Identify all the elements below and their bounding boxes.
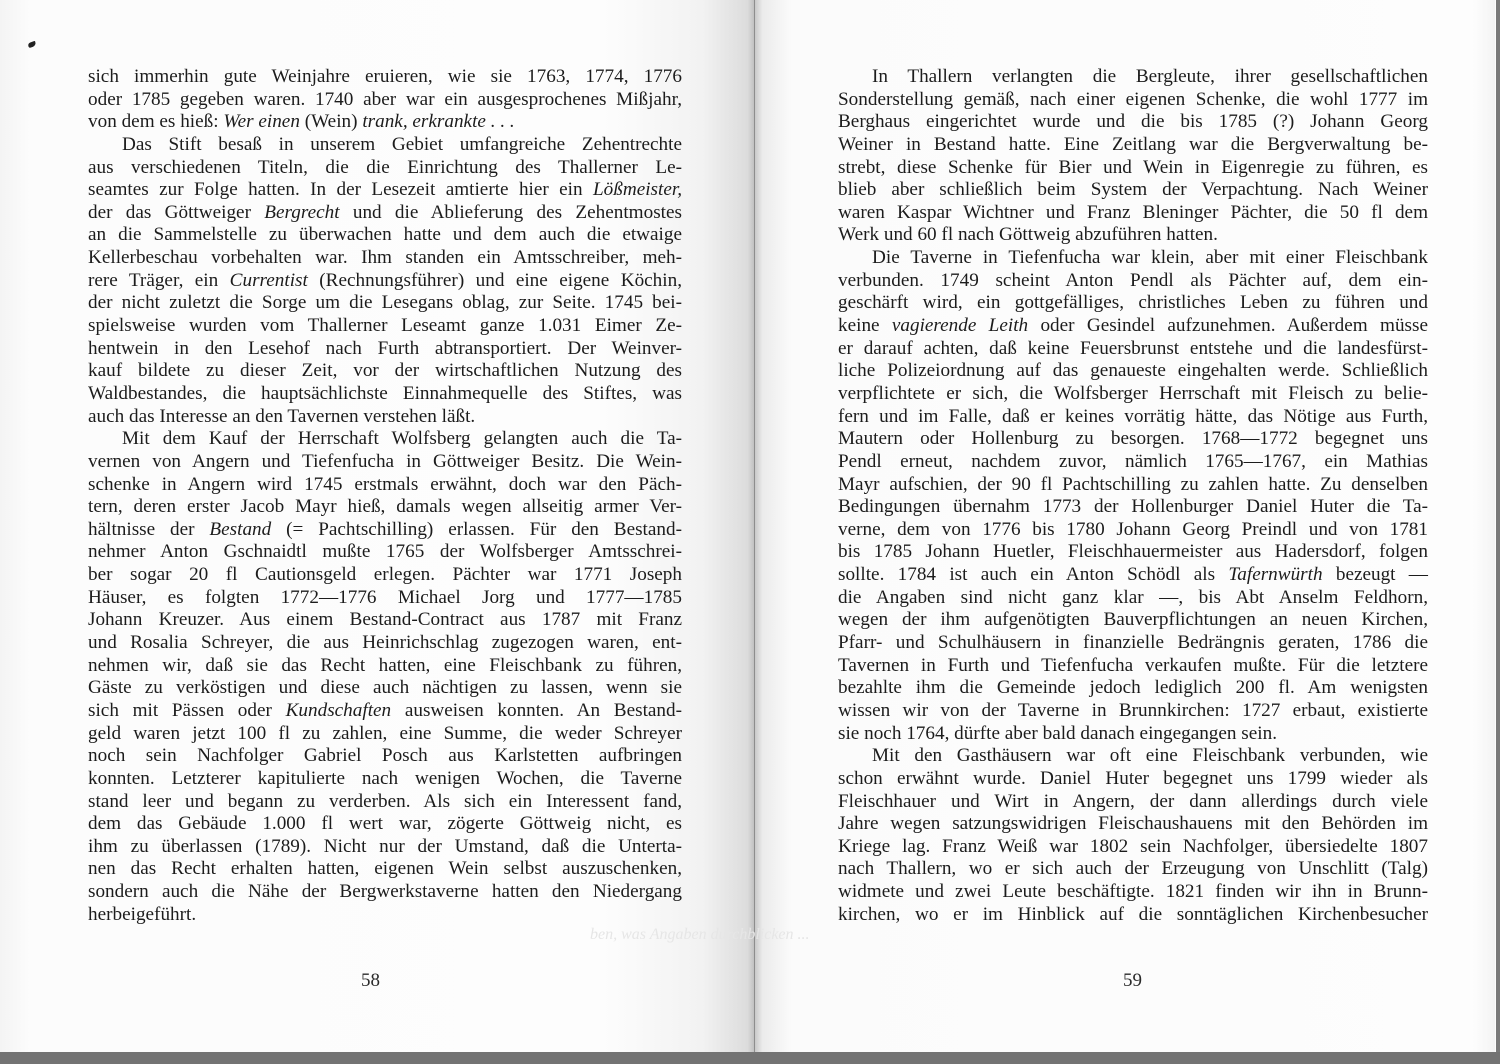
text-line: fern und im Falle, daß er keines vorräti…: [838, 406, 1428, 429]
text-line: Werk und 60 fl nach Göttweig abzuführen …: [838, 224, 1428, 247]
text-line: strebt, diese Schenke für Bier und Wein …: [838, 157, 1428, 180]
italic-term: Wer einen: [223, 111, 300, 132]
text-run: (Rechnungsführer) und eine eigene Köchin…: [308, 270, 682, 291]
text-line: tern, deren erster Jacob Mayr hieß, dama…: [88, 496, 682, 519]
text-run: hältnisse der: [88, 519, 209, 540]
text-run: rere Träger, ein: [88, 270, 230, 291]
text-line: auch das Interesse an den Tavernen verst…: [88, 406, 682, 429]
text-line: geschärft wird, ein gottgefälliges, chri…: [838, 292, 1428, 315]
text-line: konnten. Letzterer kapitulierte nach wen…: [88, 768, 682, 791]
text-line: Sonderstellung gemäß, nach einer eigenen…: [838, 89, 1428, 112]
text-line: Pfarr- und Schulhäusern in finanzielle B…: [838, 632, 1428, 655]
italic-term: trank, erkrankte . . .: [362, 111, 514, 132]
text-line: kauf bildete zu dieser Zeit, vor der wir…: [88, 360, 682, 383]
text-run: (Wein): [300, 111, 362, 132]
scanner-right-edge: [1496, 0, 1500, 1064]
book-spread: sich immerhin gute Weinjahre eruieren, w…: [0, 0, 1500, 1052]
text-line: keine vagierende Leith oder Gesindel auf…: [838, 315, 1428, 338]
text-line: er darauf achten, daß keine Feuersbrunst…: [838, 338, 1428, 361]
text-line: wegen der ihm aufgenötigten Bauverpflich…: [838, 609, 1428, 632]
text-line: und Rosalia Schreyer, die aus Heinrichsc…: [88, 632, 682, 655]
text-line: Tavernen in Furth und Tiefenfucha verkau…: [838, 655, 1428, 678]
text-line: Bedingungen übernahm 1773 der Hollenburg…: [838, 496, 1428, 519]
text-line: sich mit Pässen oder Kundschaften auswei…: [88, 700, 682, 723]
text-line: nach Thallern, wo er sich auch der Erzeu…: [838, 858, 1428, 881]
text-line: bis 1785 Johann Huetler, Fleischhauermei…: [838, 541, 1428, 564]
text-line: Mit dem Kauf der Herrschaft Wolfsberg ge…: [88, 428, 682, 451]
text-line: Kriege lag. Franz Weiß war 1802 sein Nac…: [838, 836, 1428, 859]
text-line: Pendl erneut, nachdem zuvor, nämlich 176…: [838, 451, 1428, 474]
text-run: sich mit Pässen oder: [88, 700, 286, 721]
text-line: noch sein Nachfolger Gabriel Posch aus K…: [88, 745, 682, 768]
text-line: die Angaben sind nicht ganz klar —, bis …: [838, 587, 1428, 610]
text-line: nehmer Anton Gschnaidtl mußte 1765 der W…: [88, 541, 682, 564]
bleed-through-text: ben, was Angaben durchblicken ...: [590, 926, 810, 944]
text-line: verbunden. 1749 scheint Anton Pendl als …: [838, 270, 1428, 293]
book-gutter: [754, 0, 755, 1052]
text-line: rere Träger, ein Currentist (Rechnungsfü…: [88, 270, 682, 293]
text-line: sondern auch die Nähe der Bergwerkstaver…: [88, 881, 682, 904]
text-line: Kellerbeschau vorbehalten war. Ihm stand…: [88, 247, 682, 270]
text-run: keine: [838, 315, 892, 336]
text-line: blieb aber schließlich beim System der V…: [838, 179, 1428, 202]
text-line: Gäste zu verköstigen und diese auch näch…: [88, 677, 682, 700]
text-line: Mayr aufschien, der 90 fl Pachtschilling…: [838, 474, 1428, 497]
italic-term: Bestand: [209, 519, 271, 540]
text-line: dem das Gebäude 1.000 fl wert war, zöger…: [88, 813, 682, 836]
text-line: herbeigeführt.: [88, 904, 682, 927]
text-line: Waldbestandes, die hauptsächlichste Einn…: [88, 383, 682, 406]
text-line: nen das Recht erhalten hatten, eigenen W…: [88, 858, 682, 881]
text-line: Das Stift besaß in unserem Gebiet umfang…: [88, 134, 682, 157]
text-line: kirchen, wo er im Hinblick auf die sonnt…: [838, 904, 1428, 927]
italic-term: vagierende Leith: [892, 315, 1028, 336]
page-number-right: 59: [1123, 970, 1142, 992]
text-line: Die Taverne in Tiefenfucha war klein, ab…: [838, 247, 1428, 270]
text-line: Häuser, es folgten 1772—1776 Michael Jor…: [88, 587, 682, 610]
text-line: wissen wir von der Taverne in Brunnkirch…: [838, 700, 1428, 723]
text-line: ber sogar 20 fl Cautionsgeld erlegen. Pä…: [88, 564, 682, 587]
italic-term: Tafernwürth: [1228, 564, 1322, 585]
text-line: Mit den Gasthäusern war oft eine Fleisch…: [838, 745, 1428, 768]
right-page-body-text: In Thallern verlangten die Bergleute, ih…: [838, 66, 1428, 926]
text-run: oder Gesindel aufzunehmen. Außerdem müss…: [1028, 315, 1428, 336]
text-line: verpflichtete er sich, die Wolfsberger H…: [838, 383, 1428, 406]
text-line: waren Kaspar Wichtner und Franz Bleninge…: [838, 202, 1428, 225]
page-number-left: 58: [361, 970, 380, 992]
text-run: und die Ablieferung des Zehentmostes: [340, 202, 682, 223]
text-run: sollte. 1784 ist auch ein Anton Schödl a…: [838, 564, 1228, 585]
text-line: ihm zu überlassen (1789). Nicht nur der …: [88, 836, 682, 859]
text-line: Weiner in Bestand hatte. Eine Zeitlang w…: [838, 134, 1428, 157]
text-run: seamtes zur Folge hatten. In der Lesezei…: [88, 179, 593, 200]
text-line: schon erwähnt wurde. Daniel Huter begegn…: [838, 768, 1428, 791]
text-run: der das Göttweiger: [88, 202, 264, 223]
text-line: seamtes zur Folge hatten. In der Lesezei…: [88, 179, 682, 202]
text-run: bezeugt —: [1323, 564, 1428, 585]
text-line: Mautern oder Hollenburg zu besorgen. 176…: [838, 428, 1428, 451]
text-line: In Thallern verlangten die Bergleute, ih…: [838, 66, 1428, 89]
text-line: hentwein in den Lesehof nach Furth abtra…: [88, 338, 682, 361]
text-line: verne, dem von 1776 bis 1780 Johann Geor…: [838, 519, 1428, 542]
text-line: sich immerhin gute Weinjahre eruieren, w…: [88, 66, 682, 89]
text-line: oder 1785 gegeben waren. 1740 aber war e…: [88, 89, 682, 112]
text-line: geld waren jetzt 100 fl zu zahlen, eine …: [88, 723, 682, 746]
text-line: von dem es hieß: Wer einen (Wein) trank,…: [88, 111, 682, 134]
text-line: aus verschiedenen Titeln, die die Einric…: [88, 157, 682, 180]
text-line: Johann Kreuzer. Aus einem Bestand-Contra…: [88, 609, 682, 632]
text-line: spielsweise wurden vom Thallerner Leseam…: [88, 315, 682, 338]
text-line: sie noch 1764, dürfte aber bald danach e…: [838, 723, 1428, 746]
text-run: ausweisen konnten. An Bestand-: [391, 700, 682, 721]
text-line: der das Göttweiger Bergrecht und die Abl…: [88, 202, 682, 225]
text-line: Fleischhauer und Wirt in Angern, der dan…: [838, 791, 1428, 814]
italic-term: Kundschaften: [286, 700, 392, 721]
text-line: widmete und zwei Leute beschäftigte. 182…: [838, 881, 1428, 904]
left-page-body-text: sich immerhin gute Weinjahre eruieren, w…: [88, 66, 682, 926]
text-line: bezahlte ihm die Gemeinde jedoch ledigli…: [838, 677, 1428, 700]
text-line: hältnisse der Bestand (= Pachtschilling)…: [88, 519, 682, 542]
text-line: vernen von Angern und Tiefenfucha in Göt…: [88, 451, 682, 474]
scanner-bottom-edge: [0, 1052, 1500, 1064]
italic-term: Currentist: [230, 270, 308, 291]
text-line: liche Polizeiordnung auf das genaueste e…: [838, 360, 1428, 383]
italic-term: Bergrecht: [264, 202, 339, 223]
text-line: nehmen wir, daß sie das Recht hatten, ei…: [88, 655, 682, 678]
text-line: stand leer und begann zu verderben. Als …: [88, 791, 682, 814]
text-line: Berghaus eingerichtet wurde und die bis …: [838, 111, 1428, 134]
text-line: der nicht zuletzt die Sorge um die Leseg…: [88, 292, 682, 315]
text-line: an die Sammelstelle zu überwachen hatte …: [88, 224, 682, 247]
text-line: Jahre wegen satzungswidrigen Fleischaush…: [838, 813, 1428, 836]
text-line: schenke in Angern wird 1745 erstmals erw…: [88, 474, 682, 497]
text-line: sollte. 1784 ist auch ein Anton Schödl a…: [838, 564, 1428, 587]
italic-term: Lößmeister,: [593, 179, 682, 200]
text-run: von dem es hieß:: [88, 111, 223, 132]
text-run: (= Pachtschilling) erlassen. Für den Bes…: [271, 519, 682, 540]
